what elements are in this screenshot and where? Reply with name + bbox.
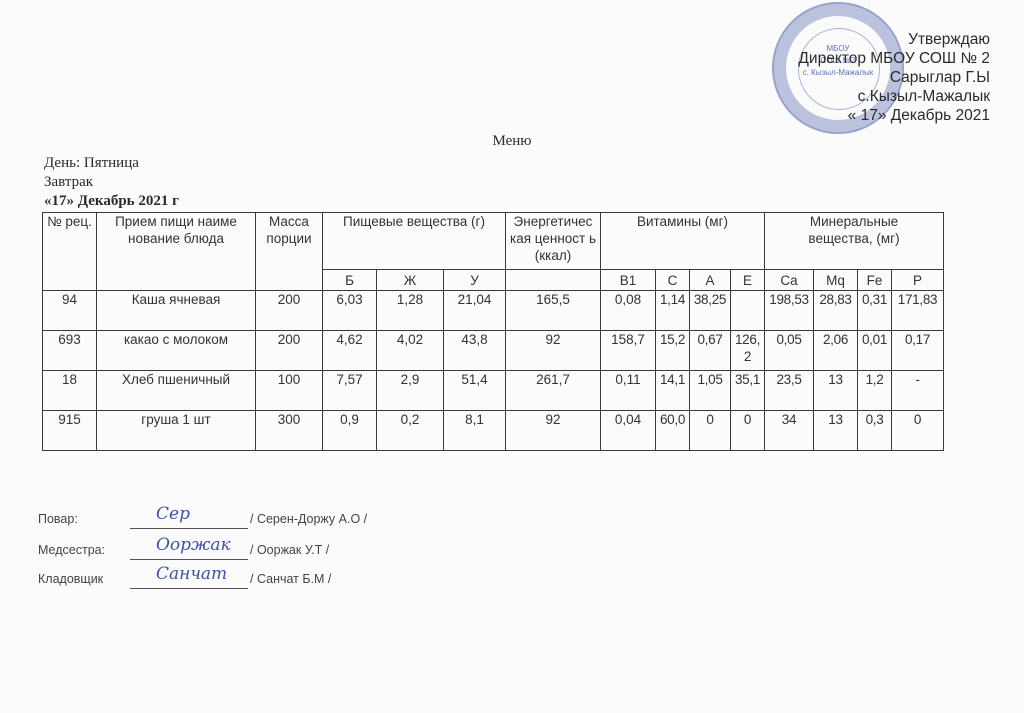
cell-mass: 200 (256, 291, 323, 331)
cell-fe: 0,3 (858, 411, 892, 451)
signature-nurse: Медсестра: Ооржак / Ооржак У.Т / (38, 543, 438, 563)
signature-name: / Санчат Б.М / (250, 572, 331, 586)
cell-ca: 0,05 (765, 331, 814, 371)
table-row: 18Хлеб пшеничный1007,572,951,4261,70,111… (43, 371, 944, 411)
menu-table: № рец. Прием пищи наиме нование блюда Ма… (42, 212, 944, 451)
cell-recipe-no: 915 (43, 411, 97, 451)
cell-b1: 0,11 (601, 371, 656, 411)
table-row: 94Каша ячневая2006,031,2821,04165,50,081… (43, 291, 944, 331)
table-header-row: № рец. Прием пищи наиме нование блюда Ма… (43, 213, 944, 270)
header-vitamins: Витамины (мг) (601, 213, 765, 270)
table-row: 915груша 1 шт3000,90,28,1920,0460,000341… (43, 411, 944, 451)
signature-role: Кладовщик (38, 572, 103, 586)
signature-scribble: Ооржак (156, 535, 231, 555)
cell-e: 0 (731, 411, 765, 451)
cell-b1: 158,7 (601, 331, 656, 371)
cell-mq: 28,83 (814, 291, 858, 331)
cell-b: 4,62 (323, 331, 377, 371)
cell-mass: 300 (256, 411, 323, 451)
cell-a: 1,05 (690, 371, 731, 411)
cell-dish: груша 1 шт (97, 411, 256, 451)
cell-fe: 0,31 (858, 291, 892, 331)
cell-energy: 92 (506, 331, 601, 371)
cell-dish: какао с молоком (97, 331, 256, 371)
cell-mq: 13 (814, 371, 858, 411)
header-energy: Энергетичес кая ценност ь (ккал) (506, 213, 601, 270)
cell-ca: 198,53 (765, 291, 814, 331)
approval-position: Директор МБОУ СОШ № 2 (798, 49, 990, 68)
signature-scribble: Санчат (156, 564, 227, 584)
cell-fe: 0,01 (858, 331, 892, 371)
cell-a: 0,67 (690, 331, 731, 371)
approval-director-name: Сарыглар Г.Ы (798, 68, 990, 87)
signature-name: / Серен-Доржу А.О / (250, 512, 367, 526)
cell-c: 14,1 (656, 371, 690, 411)
signature-name: / Ооржак У.Т / (250, 543, 329, 557)
cell-u: 43,8 (444, 331, 506, 371)
cell-energy: 165,5 (506, 291, 601, 331)
signature-cook: Повар: Сер / Серен-Доржу А.О / (38, 512, 438, 532)
cell-e: 126, 2 (731, 331, 765, 371)
subheader-zh: Ж (377, 270, 444, 291)
subheader-mq: Mq (814, 270, 858, 291)
cell-zh: 4,02 (377, 331, 444, 371)
cell-fe: 1,2 (858, 371, 892, 411)
subheader-energy-blank (506, 270, 601, 291)
cell-e (731, 291, 765, 331)
cell-energy: 261,7 (506, 371, 601, 411)
cell-b1: 0,08 (601, 291, 656, 331)
table-body: 94Каша ячневая2006,031,2821,04165,50,081… (43, 291, 944, 451)
signature-role: Медсестра: (38, 543, 105, 557)
table-row: 693какао с молоком2004,624,0243,892158,7… (43, 331, 944, 371)
cell-mq: 2,06 (814, 331, 858, 371)
cell-mq: 13 (814, 411, 858, 451)
cell-e: 35,1 (731, 371, 765, 411)
day-label: День: Пятница (44, 154, 139, 172)
cell-a: 0 (690, 411, 731, 451)
cell-b: 7,57 (323, 371, 377, 411)
approval-heading: Утверждаю (798, 30, 990, 49)
signature-scribble: Сер (156, 504, 190, 524)
subheader-b1: B1 (601, 270, 656, 291)
header-nutrients: Пищевые вещества (г) (323, 213, 506, 270)
cell-ca: 34 (765, 411, 814, 451)
header-dish-name: Прием пищи наиме нование блюда (97, 213, 256, 291)
subheader-e: E (731, 270, 765, 291)
signature-role: Повар: (38, 512, 78, 526)
cell-c: 60,0 (656, 411, 690, 451)
cell-p: 171,83 (892, 291, 944, 331)
cell-b1: 0,04 (601, 411, 656, 451)
header-recipe-no: № рец. (43, 213, 97, 291)
approval-block: Утверждаю Директор МБОУ СОШ № 2 Сарыглар… (798, 30, 990, 125)
header-minerals: Минеральные вещества, (мг) (765, 213, 944, 270)
cell-c: 15,2 (656, 331, 690, 371)
cell-recipe-no: 18 (43, 371, 97, 411)
cell-b: 6,03 (323, 291, 377, 331)
cell-u: 21,04 (444, 291, 506, 331)
cell-u: 51,4 (444, 371, 506, 411)
subheader-a: A (690, 270, 731, 291)
cell-zh: 2,9 (377, 371, 444, 411)
approval-location: с.Кызыл-Мажалык (798, 87, 990, 106)
cell-ca: 23,5 (765, 371, 814, 411)
subheader-c: C (656, 270, 690, 291)
cell-zh: 1,28 (377, 291, 444, 331)
subheader-u: У (444, 270, 506, 291)
approval-date: « 17» Декабрь 2021 (798, 106, 990, 125)
cell-p: 0 (892, 411, 944, 451)
cell-zh: 0,2 (377, 411, 444, 451)
cell-p: 0,17 (892, 331, 944, 371)
subheader-ca: Ca (765, 270, 814, 291)
signature-storekeeper: Кладовщик Санчат / Санчат Б.М / (38, 572, 438, 592)
date-label: «17» Декабрь 2021 г (44, 192, 179, 210)
cell-mass: 200 (256, 331, 323, 371)
cell-recipe-no: 693 (43, 331, 97, 371)
subheader-fe: Fe (858, 270, 892, 291)
cell-p: - (892, 371, 944, 411)
subheader-p: P (892, 270, 944, 291)
cell-dish: Каша ячневая (97, 291, 256, 331)
cell-recipe-no: 94 (43, 291, 97, 331)
header-portion-mass: Масса порции (256, 213, 323, 291)
cell-energy: 92 (506, 411, 601, 451)
cell-a: 38,25 (690, 291, 731, 331)
subheader-b: Б (323, 270, 377, 291)
cell-mass: 100 (256, 371, 323, 411)
cell-b: 0,9 (323, 411, 377, 451)
page-title: Меню (0, 133, 1024, 150)
cell-c: 1,14 (656, 291, 690, 331)
meal-label: Завтрак (44, 173, 93, 191)
cell-dish: Хлеб пшеничный (97, 371, 256, 411)
cell-u: 8,1 (444, 411, 506, 451)
